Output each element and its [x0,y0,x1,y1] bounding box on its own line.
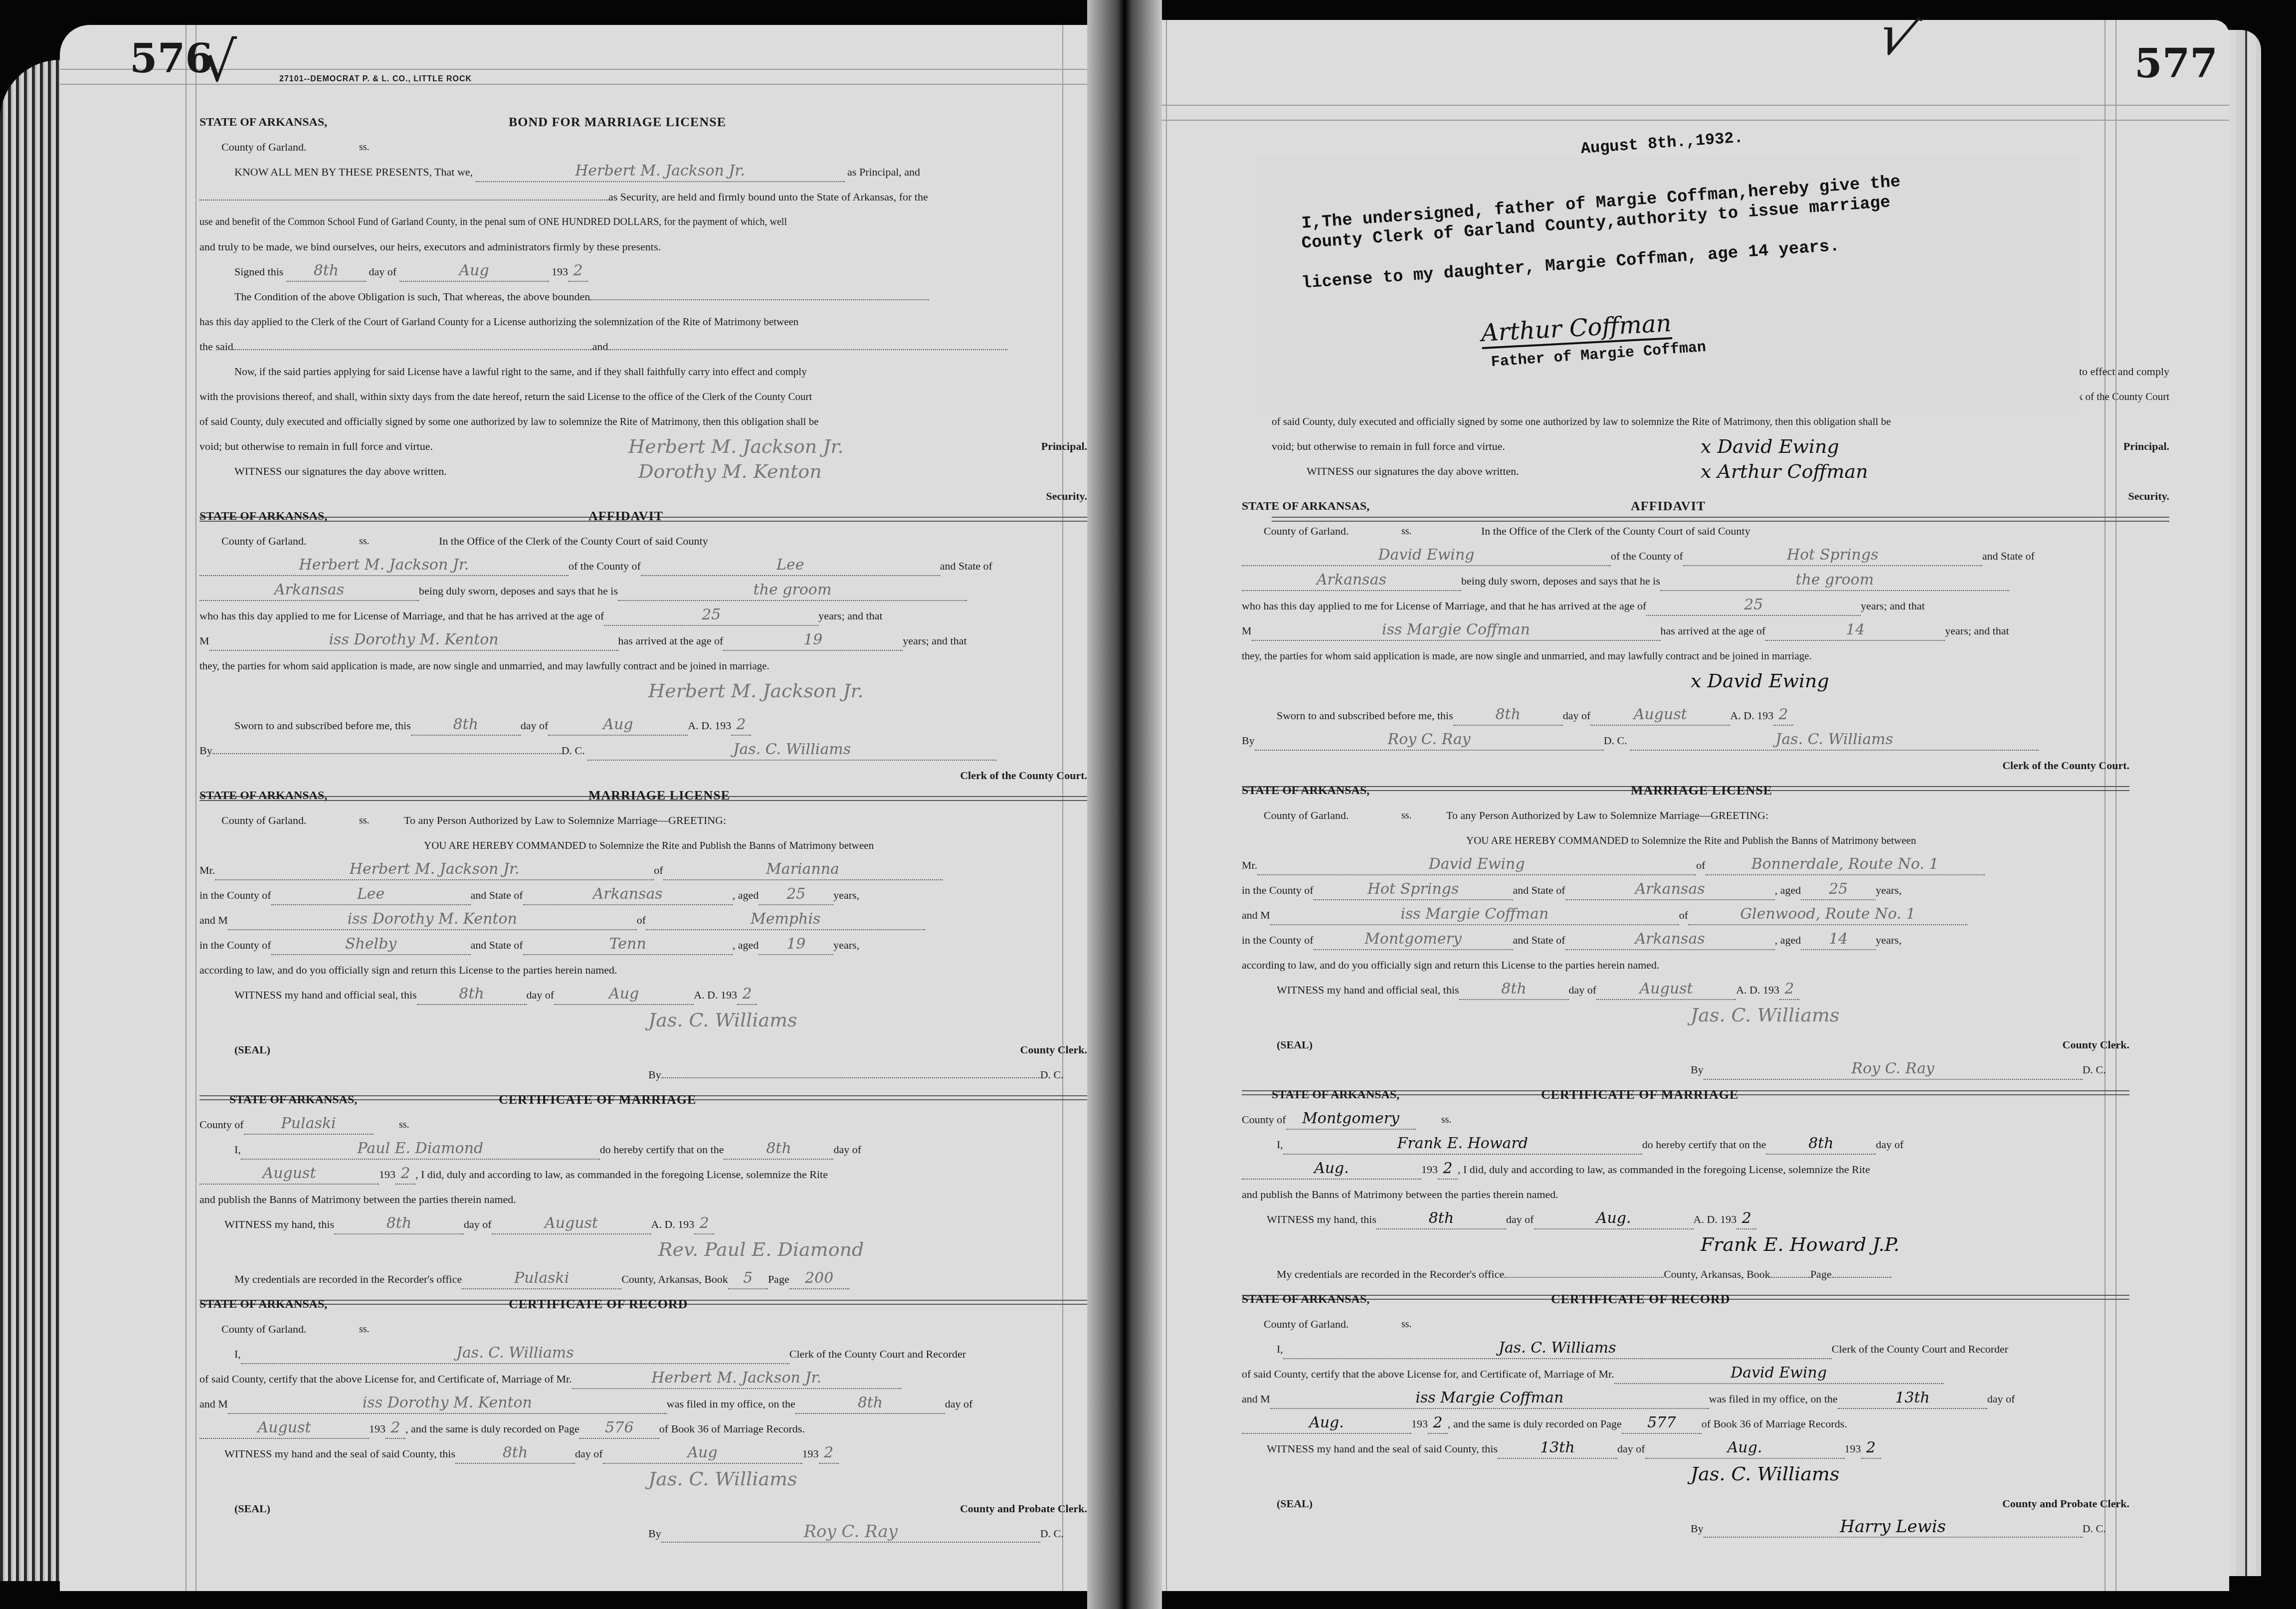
page-number: 577 [2134,40,2218,87]
bond-text: and truly to be made, we bind ourselves,… [199,240,661,253]
signed-year-field: 2 [568,261,588,282]
bond-text: as Principal, and [847,166,920,178]
marriage-month-field: August [199,1164,379,1185]
state-label: STATE OF ARKANSAS, [1242,1293,1369,1306]
record-text: 193 [1411,1417,1428,1430]
affidavit-text: In the Office of the Clerk of the County… [1481,519,1750,544]
record-text: of said County, certify that the above L… [1242,1368,1614,1380]
credentials-county-field: Pulaski [462,1268,621,1289]
record-text: Clerk of the County Court and Recorder [789,1348,966,1360]
said-party-field [608,349,1007,350]
affidavit-text: Sworn to and subscribed before me, this [1277,709,1453,722]
parental-consent-note: August 8th.,1932. I,The undersigned, fat… [1257,155,2080,414]
county-label: County of Garland. [221,535,306,547]
form-title: MARRIAGE LICENSE [1631,778,1772,803]
marriage-year-field: 2 [1438,1159,1458,1180]
license-text: aged [738,889,759,901]
affidavit-text: A. D. 193 [688,719,731,732]
form-title: CERTIFICATE OF MARRIAGE [1541,1082,1738,1107]
affidavit-text: being duly sworn, deposes and says that … [419,585,618,597]
affidavit-text: of the County of [1611,550,1683,562]
security-label: Security. [2128,484,2170,509]
license-text: A. D. 193 [1736,984,1779,996]
cert-text: WITNESS my hand, this [224,1218,334,1230]
check-mark-icon: √ [1870,1,1925,73]
cert-text: A. D. 193 [1694,1213,1737,1225]
license-text: years, [833,939,859,951]
cert-text: I, [1277,1138,1283,1151]
affidavit-text: M [199,634,209,647]
form-title: CERTIFICATE OF RECORD [1551,1287,1730,1312]
principal-label: Principal. [1041,434,1087,459]
bond-text: WITNESS our signatures the day above wri… [1307,465,1519,477]
cert-text: and publish the Banns of Matrimony betwe… [199,1193,516,1206]
cert-text: County, Arkansas, Book [621,1273,728,1285]
state-label: STATE OF ARKANSAS, [1272,1088,1399,1101]
record-text: of Book 36 of Marriage Records. [1702,1417,1847,1430]
county-label: County of Garland. [221,141,306,153]
bride-name-field: iss Margie Coffman [1252,620,1661,641]
affidavit-text: day of [1563,709,1591,722]
probate-clerk-signature: Jas. C. Williams [648,1466,797,1491]
license-text: in the County of [1242,934,1314,946]
ss-label: ss. [1401,1312,1412,1337]
groom-name-field: David Ewing [1257,854,1696,875]
affidavit-text: who has this day applied to me for Licen… [199,609,604,622]
margin-rule [1166,20,1167,1591]
bride-state-field: Arkansas [1565,929,1775,950]
bride-age-field: 19 [759,934,833,955]
license-text: and State of [1513,884,1565,896]
applicant-county-field: Hot Springs [1683,545,1982,566]
record-witness-year-field: 2 [819,1443,839,1464]
bride-age-field: 14 [1765,620,1945,641]
record-text: 193 [802,1447,819,1460]
cert-text: A. D. 193 [651,1218,695,1230]
right-page: 577 √ use an and tru Sig The has this da… [1162,20,2229,1591]
record-witness-month-field: Aug. [1645,1438,1845,1459]
cert-text: County of [199,1118,244,1131]
cert-text: My credentials are recorded in the Recor… [234,1273,462,1285]
bride-residence-field: Memphis [646,909,925,930]
license-text: aged [1780,884,1801,896]
marriage-day-field: 8th [1766,1134,1876,1155]
applicant-role-field: the groom [1660,570,2009,591]
bride-age-field: 14 [1801,929,1876,950]
record-groom-field: David Ewing [1614,1363,1943,1384]
marriage-month-field: Aug. [1242,1159,1421,1180]
record-text: and M [199,1398,228,1410]
county-label: County of Garland. [1264,1318,1348,1330]
said-party-field [233,349,592,350]
affidavit-text: they, the parties for whom said applicat… [199,660,769,672]
bond-text: of said County, duly executed and offici… [1272,415,1891,427]
affidavit-text: being duly sworn, deposes and says that … [1461,575,1660,587]
license-text: according to law, and do you officially … [1242,959,1660,971]
license-text: YOU ARE HEREBY COMMANDED to Solemnize th… [1466,834,1916,846]
state-label: STATE OF ARKANSAS, [1242,784,1369,797]
cert-text: , I did, duly and according to law, as c… [415,1168,828,1181]
principal-signature: x David Ewing [1701,434,1839,459]
affidavit-text: years; and that [818,609,882,622]
bond-text: Now, if the said parties applying for sa… [234,366,807,378]
record-text: day of [575,1447,603,1460]
affidavit-text: of the County of [569,560,641,572]
clerk-signature-field: Jas. C. Williams [587,740,996,761]
margin-rule [195,25,196,1591]
license-text: of [637,914,646,926]
county-clerk-signature: Jas. C. Williams [648,1007,797,1032]
cert-text: County of [1242,1113,1286,1126]
record-text: , and the same is duly recorded on Page [405,1422,579,1435]
probate-clerk-label: County and Probate Clerk. [960,1496,1087,1521]
ss-label: ss. [359,1317,370,1342]
header-rule [1162,105,2229,106]
county-label: County of Garland. [1264,809,1348,821]
record-text: of Book 36 of Marriage Records. [659,1422,805,1435]
state-label: STATE OF ARKANSAS, [199,116,327,129]
license-day-field: 8th [1459,979,1569,1000]
license-day-field: 8th [417,984,527,1005]
bride-county-field: Shelby [271,934,471,955]
record-text: I, [234,1348,241,1360]
book-gutter [1087,0,1162,1609]
form-title: BOND FOR MARRIAGE LICENSE [509,110,726,135]
record-text: By [648,1527,661,1540]
witness-day-field: 8th [1376,1208,1506,1229]
license-month-field: August [1596,979,1736,1000]
state-label: STATE OF ARKANSAS, [199,1298,327,1311]
license-text: YOU ARE HEREBY COMMANDED to Solemnize th… [424,839,874,851]
cert-text: , I did, duly and according to law, as c… [1458,1163,1870,1176]
record-text: By [1691,1522,1704,1535]
marriage-year-field: 2 [395,1164,415,1185]
license-text: in the County of [1242,884,1314,896]
bond-text: day of [369,265,396,278]
county-clerk-signature: Jas. C. Williams [1691,1003,1840,1027]
cert-text: Page [768,1273,789,1285]
affidavit-text: years; and that [903,634,966,647]
filed-year-field: 2 [385,1418,405,1439]
applicant-county-field: Lee [641,555,940,576]
bond-text: and [592,340,608,353]
cert-text: day of [1876,1138,1904,1151]
security-signature: Dorothy M. Kenton [638,459,822,484]
bond-text: void; but otherwise to remain in full fo… [199,440,433,452]
ss-label: ss. [399,1112,409,1137]
record-deputy-field: Roy C. Ray [661,1522,1040,1543]
groom-residence-field: Bonnerdale, Route No. 1 [1706,854,1985,875]
consent-date: August 8th.,1932. [1580,128,1744,158]
recorder-name-field: Jas. C. Williams [1283,1338,1832,1359]
applicant-field: David Ewing [1242,545,1611,566]
license-text: To any Person Authorized by Law to Solem… [1446,803,1768,828]
license-text: according to law, and do you officially … [199,964,617,976]
sworn-month-field: August [1590,705,1730,726]
affidavit-text: D. C. [1604,734,1627,747]
license-text: aged [1780,934,1801,946]
form-title: CERTIFICATE OF RECORD [509,1292,688,1317]
certificate-of-marriage: STATE OF ARKANSAS,CERTIFICATE OF MARRIAG… [199,1087,1087,1313]
record-text: 193 [1845,1442,1861,1455]
groom-name-field: Herbert M. Jackson Jr. [215,859,654,880]
affidavit-text: years; and that [1945,624,2009,637]
county-label: County of Garland. [1264,525,1348,537]
bride-county-field: Montgomery [1314,929,1513,950]
filed-day-field: 8th [795,1393,945,1414]
license-text: of [1696,859,1705,871]
form-title: MARRIAGE LICENSE [588,783,730,808]
bond-text: void; but otherwise to remain in full fo… [1272,440,1505,452]
groom-age-field: 25 [1801,879,1876,900]
credentials-page-field [1832,1277,1892,1278]
cert-text: day of [1506,1213,1534,1225]
applicant-role-field: the groom [618,580,967,601]
sworn-day-field: 8th [411,715,521,736]
seal-label: (SEAL) [234,1502,270,1515]
filed-day-field: 13th [1838,1388,1987,1409]
certificate-of-marriage: STATE OF ARKANSAS,CERTIFICATE OF MARRIAG… [1242,1082,2129,1308]
sworn-year-field: 2 [731,715,751,736]
record-text: I, [1277,1343,1283,1355]
record-text: day of [1987,1393,2015,1405]
officiant-county-field: Montgomery [1286,1109,1416,1130]
license-text: and M [199,914,228,926]
record-text: WITNESS my hand and the seal of said Cou… [224,1447,455,1460]
license-text: and State of [471,939,523,951]
record-text: WITNESS my hand and the seal of said Cou… [1267,1442,1498,1455]
groom-age-field: 25 [604,605,818,626]
cert-text: day of [833,1143,861,1156]
credentials-county-field [1504,1277,1664,1278]
affidavit-text: Sworn to and subscribed before me, this [234,719,411,732]
ledger-page-edges-left [0,60,65,1581]
certificate-of-record: STATE OF ARKANSAS,CERTIFICATE OF RECORD … [199,1292,1087,1546]
record-text: day of [1617,1442,1645,1455]
witness-year-field: 2 [694,1213,714,1234]
security-signature: x Arthur Coffman [1701,459,1868,484]
state-label: STATE OF ARKANSAS, [199,510,327,523]
applicant-signature: Herbert M. Jackson Jr. [648,678,864,703]
clerk-label: Clerk of the County Court. [2002,753,2129,778]
record-witness-year-field: 2 [1861,1438,1881,1459]
principal-name-field: Herbert M. Jackson Jr. [476,161,845,182]
officiant-signature: Frank E. Howard J.P. [1701,1232,1900,1257]
credentials-page-field: 200 [789,1268,849,1289]
cert-text: 193 [1421,1163,1438,1176]
ss-label: ss. [359,529,370,554]
ss-label: ss. [1401,803,1412,828]
cert-text: and publish the Banns of Matrimony betwe… [1242,1188,1558,1201]
form-title: CERTIFICATE OF MARRIAGE [499,1087,696,1112]
officiant-name-field: Paul E. Diamond [241,1139,600,1160]
ss-label: ss. [359,808,370,833]
ss-label: ss. [1441,1107,1452,1132]
deputy-clerk-field [212,753,562,754]
ss-label: ss. [1401,519,1412,544]
license-text: years, [1876,884,1902,896]
page-number: 576 [130,35,213,82]
marriage-day-field: 8th [724,1139,833,1160]
bride-age-field: 19 [723,630,903,651]
deputy-clerk-field [661,1077,1040,1078]
record-page-field: 576 [579,1418,659,1439]
state-label: STATE OF ARKANSAS, [1242,500,1369,513]
probate-clerk-signature: Jas. C. Williams [1691,1461,1840,1486]
affidavit-text: By [199,744,212,757]
license-text: By [648,1068,661,1081]
cert-text: County, Arkansas, Book [1664,1268,1770,1280]
license-text: of [1679,909,1688,921]
record-text: , and the same is duly recorded on Page [1448,1417,1622,1430]
affidavit-text: they, the parties for whom said applicat… [1242,650,1812,662]
cert-text: WITNESS my hand, this [1267,1213,1376,1225]
officiant-signature: Rev. Paul E. Diamond [658,1237,864,1262]
license-text: WITNESS my hand and official seal, this [1277,984,1459,996]
affidavit-text: years; and that [1861,600,1924,612]
affidavit: STATE OF ARKANSAS,AFFIDAVIT County of Ga… [1242,494,2129,799]
record-text: D. C. [1040,1527,1064,1540]
groom-residence-field: Marianna [663,859,943,880]
bond-for-marriage-license: STATE OF ARKANSAS,BOND FOR MARRIAGE LICE… [199,110,1087,530]
form-title: AFFIDAVIT [1631,494,1706,519]
cert-text: I, [234,1143,241,1156]
license-text: D. C. [1040,1068,1064,1081]
deputy-clerk-field: Roy C. Ray [1704,1059,2083,1080]
record-text: and M [1242,1393,1270,1405]
cert-text: My credentials are recorded in the Recor… [1277,1268,1504,1280]
filed-month-field: Aug. [1242,1413,1411,1434]
bond-text: as Security, are held and firmly bound u… [608,191,928,203]
license-text: and State of [1513,934,1565,946]
affidavit-text: D. C. [562,744,585,757]
affidavit-text: and State of [1982,550,2035,562]
cert-text: Page [1810,1268,1832,1280]
bride-name-field: iss Margie Coffman [1270,904,1679,925]
applicant-state-field: Arkansas [199,580,419,601]
license-month-field: Aug [554,984,694,1005]
credentials-book-field [1770,1277,1810,1278]
sworn-month-field: Aug [548,715,688,736]
deputy-clerk-field: Roy C. Ray [1255,730,1604,751]
bride-name-field: iss Dorothy M. Kenton [228,909,637,930]
bond-text: the said [199,340,233,353]
cert-text: day of [464,1218,492,1230]
record-text: 193 [369,1422,385,1435]
record-witness-month-field: Aug [603,1443,802,1464]
groom-state-field: Arkansas [1565,879,1775,900]
bond-text: The Condition of the above Obligation is… [234,290,590,303]
ss-label: ss. [359,135,370,160]
witness-day-field: 8th [334,1213,464,1234]
license-text: in the County of [199,939,271,951]
credentials-book-field: 5 [728,1268,768,1289]
officiant-name-field: Frank E. Howard [1283,1134,1642,1155]
license-text: in the County of [199,889,271,901]
principal-label: Principal. [2123,434,2169,459]
printer-imprint: 27101--DEMOCRAT P. & L. CO., LITTLE ROCK [279,75,472,84]
affidavit-text: and State of [940,560,992,572]
groom-county-field: Lee [271,884,471,905]
bond-text: 193 [552,265,568,278]
license-text: Mr. [199,864,215,876]
groom-age-field: 25 [1646,595,1861,616]
record-groom-field: Herbert M. Jackson Jr. [572,1368,901,1389]
seal-label: (SEAL) [1277,1038,1313,1051]
bond-text: KNOW ALL MEN BY THESE PRESENTS, That we, [234,166,473,178]
affidavit-text: day of [521,719,549,732]
bond-text: WITNESS our signatures the day above wri… [234,465,447,477]
record-text: D. C. [2083,1522,2106,1535]
officiant-county-field: Pulaski [244,1114,374,1135]
affidavit-text: In the Office of the Clerk of the County… [439,529,708,554]
seal-label: (SEAL) [1277,1497,1313,1510]
affidavit-text: A. D. 193 [1730,709,1773,722]
clerk-signature-field: Jas. C. Williams [1630,730,2039,751]
license-text: By [1691,1063,1704,1076]
license-text: WITNESS my hand and official seal, this [234,989,417,1001]
bride-state-field: Tenn [523,934,733,955]
license-text: Mr. [1242,859,1257,871]
cert-text: do hereby certify that on the [600,1143,724,1156]
signed-month-field: Aug [399,261,549,282]
license-text: and M [1242,909,1270,921]
recorder-name-field: Jas. C. Williams [241,1343,789,1364]
record-text: was filed in my office, on the [667,1398,795,1410]
bond-text: of said County, duly executed and offici… [199,415,818,427]
header-rule [1162,120,2229,121]
probate-clerk-label: County and Probate Clerk. [2002,1491,2129,1516]
license-text: years, [833,889,859,901]
seal-label: (SEAL) [234,1043,270,1056]
county-label: County of Garland. [221,1323,306,1335]
county-clerk-label: County Clerk. [2063,1032,2129,1057]
bond-text: has this day applied to the Clerk of the… [199,316,798,328]
record-text: was filed in my office, on the [1709,1393,1838,1405]
county-clerk-label: County Clerk. [1020,1037,1087,1062]
marriage-license: STATE OF ARKANSAS,MARRIAGE LICENSE Count… [199,783,1087,1108]
left-page: 576 √ 27101--DEMOCRAT P. & L. CO., LITTL… [60,25,1087,1591]
bond-text: Signed this [234,265,283,278]
signed-day-field: 8th [286,261,366,282]
groom-county-field: Hot Springs [1314,879,1513,900]
groom-state-field: Arkansas [523,884,733,905]
record-bride-field: iss Dorothy M. Kenton [228,1393,667,1414]
license-text: day of [1569,984,1597,996]
license-text: day of [527,989,555,1001]
bond-text: with the provisions thereof, and shall, … [199,391,812,402]
license-text: years, [1876,934,1902,946]
bride-residence-field: Glenwood, Route No. 1 [1688,904,1967,925]
license-text: and State of [471,889,523,901]
license-year-field: 2 [737,984,757,1005]
record-bride-field: iss Margie Coffman [1270,1388,1709,1409]
groom-age-field: 25 [759,884,833,905]
witness-month-field: August [492,1213,651,1234]
record-text: day of [945,1398,973,1410]
filed-month-field: August [199,1418,369,1439]
cert-text: do hereby certify that on the [1642,1138,1766,1151]
bond-text: use and benefit of the Common School Fun… [199,216,787,227]
filed-year-field: 2 [1428,1413,1448,1434]
sworn-year-field: 2 [1773,705,1793,726]
form-title: AFFIDAVIT [588,504,663,529]
state-label: STATE OF ARKANSAS, [229,1093,357,1106]
affidavit-text: has arrived at the age of [618,634,724,647]
record-deputy-field: Harry Lewis [1704,1517,2083,1538]
marriage-license: STATE OF ARKANSAS,MARRIAGE LICENSE Count… [1242,778,2129,1103]
record-page-field: 577 [1622,1413,1702,1434]
